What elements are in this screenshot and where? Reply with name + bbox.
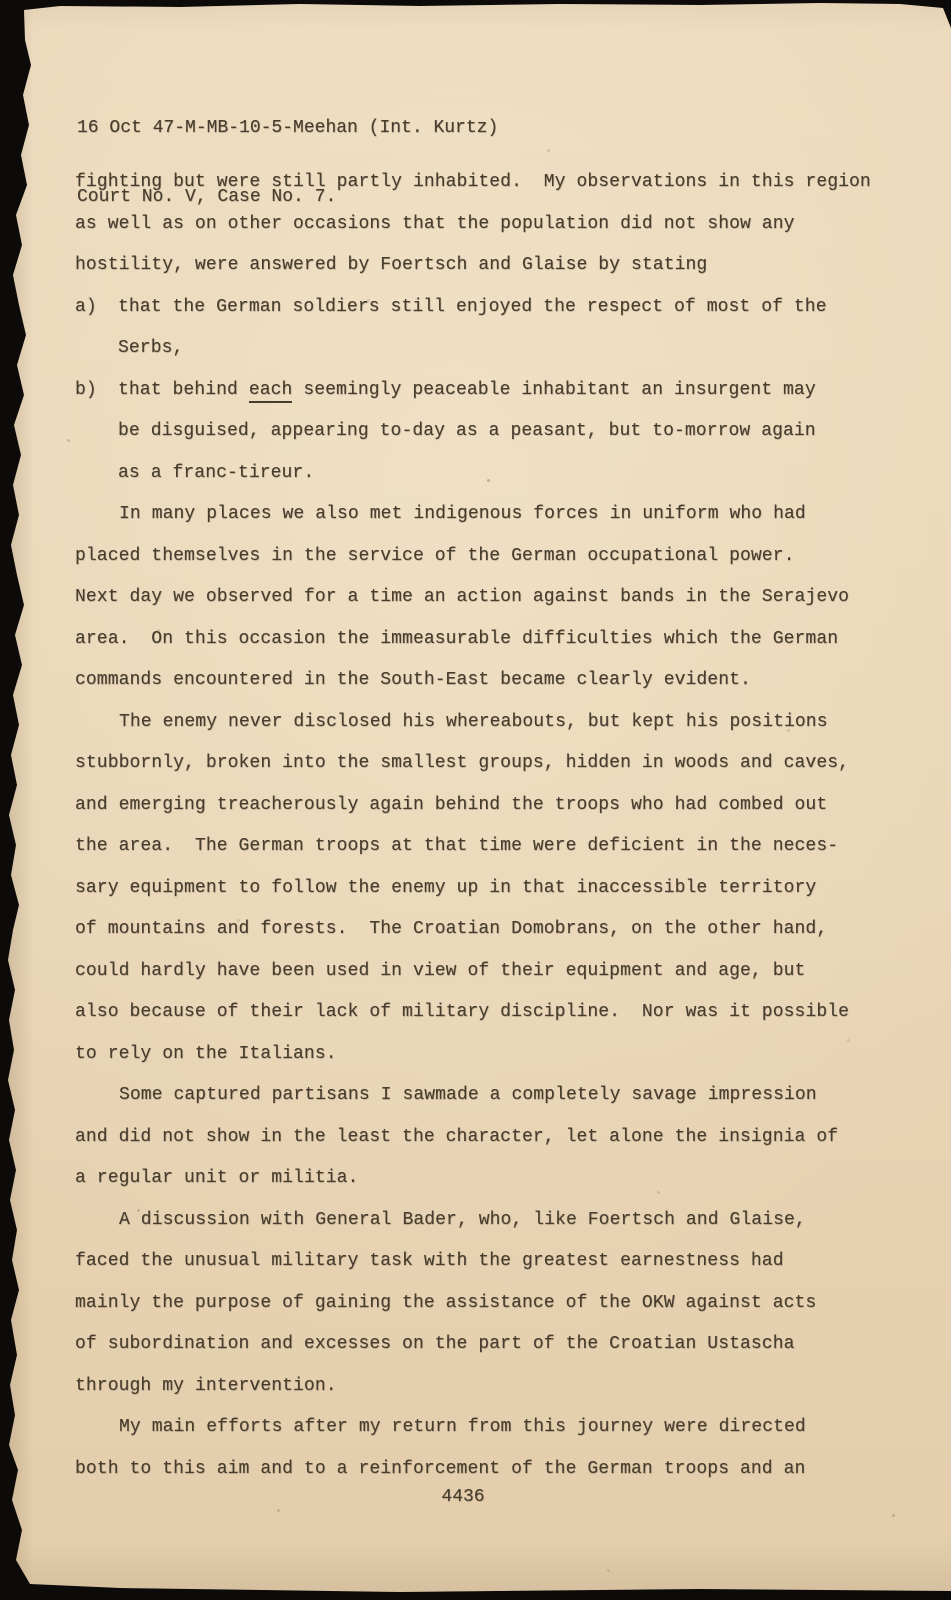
text-line: placed themselves in the service of the … xyxy=(75,536,905,578)
list-marker: b) xyxy=(75,370,97,412)
text-line: also because of their lack of military d… xyxy=(75,992,905,1034)
text-line: b)that behind each seemingly peaceable i… xyxy=(75,370,905,412)
text-line: area. On this occasion the immeasurable … xyxy=(75,619,905,661)
text-line: as a franc-tireur. xyxy=(75,453,905,495)
header-line-reference: 16 Oct 47-M-MB-10-5-Meehan (Int. Kurtz) xyxy=(77,117,498,140)
text-line: The enemy never disclosed his whereabout… xyxy=(75,702,905,744)
text-line: through my intervention. xyxy=(75,1366,905,1408)
text-line: commands encountered in the South-East b… xyxy=(75,660,905,702)
text-line: a)that the German soldiers still enjoyed… xyxy=(75,287,905,329)
text-line: hostility, were answered by Foertsch and… xyxy=(75,245,905,287)
text-line: Serbs, xyxy=(75,328,905,370)
text-line: to rely on the Italians. xyxy=(75,1034,905,1076)
text-line: a regular unit or militia. xyxy=(75,1158,905,1200)
text-line: stubbornly, broken into the smallest gro… xyxy=(75,743,905,785)
text-line: the area. The German troops at that time… xyxy=(75,826,905,868)
list-marker: a) xyxy=(75,287,97,329)
text-line: fighting but were still partly inhabited… xyxy=(75,162,905,204)
scanned-document-page: 16 Oct 47-M-MB-10-5-Meehan (Int. Kurtz) … xyxy=(0,0,951,1600)
text-line: sary equipment to follow the enemy up in… xyxy=(75,868,905,910)
text-line: Next day we observed for a time an actio… xyxy=(75,577,905,619)
underlined-word: each xyxy=(249,380,293,403)
text-line: and did not show in the least the charac… xyxy=(75,1117,905,1159)
text-line: as well as on other occasions that the p… xyxy=(75,204,905,246)
text-line: be disguised, appearing to-day as a peas… xyxy=(75,411,905,453)
text-line: of mountains and forests. The Croatian D… xyxy=(75,909,905,951)
text-line: In many places we also met indigenous fo… xyxy=(75,494,905,536)
text-line: Some captured partisans I sawmade a comp… xyxy=(75,1075,905,1117)
page-number: 4436 xyxy=(0,1477,926,1518)
document-body: fighting but were still partly inhabited… xyxy=(75,162,905,1490)
text-line: faced the unusual military task with the… xyxy=(75,1241,905,1283)
text-line: My main efforts after my return from thi… xyxy=(75,1407,905,1449)
scan-background: 16 Oct 47-M-MB-10-5-Meehan (Int. Kurtz) … xyxy=(0,0,951,1600)
text-line: mainly the purpose of gaining the assist… xyxy=(75,1283,905,1325)
text-line: and emerging treacherously again behind … xyxy=(75,785,905,827)
text-line: of subordination and excesses on the par… xyxy=(75,1324,905,1366)
text-line: A discussion with General Bader, who, li… xyxy=(75,1200,905,1242)
text-line: could hardly have been used in view of t… xyxy=(75,951,905,993)
paper-sheet: 16 Oct 47-M-MB-10-5-Meehan (Int. Kurtz) … xyxy=(0,0,951,1600)
